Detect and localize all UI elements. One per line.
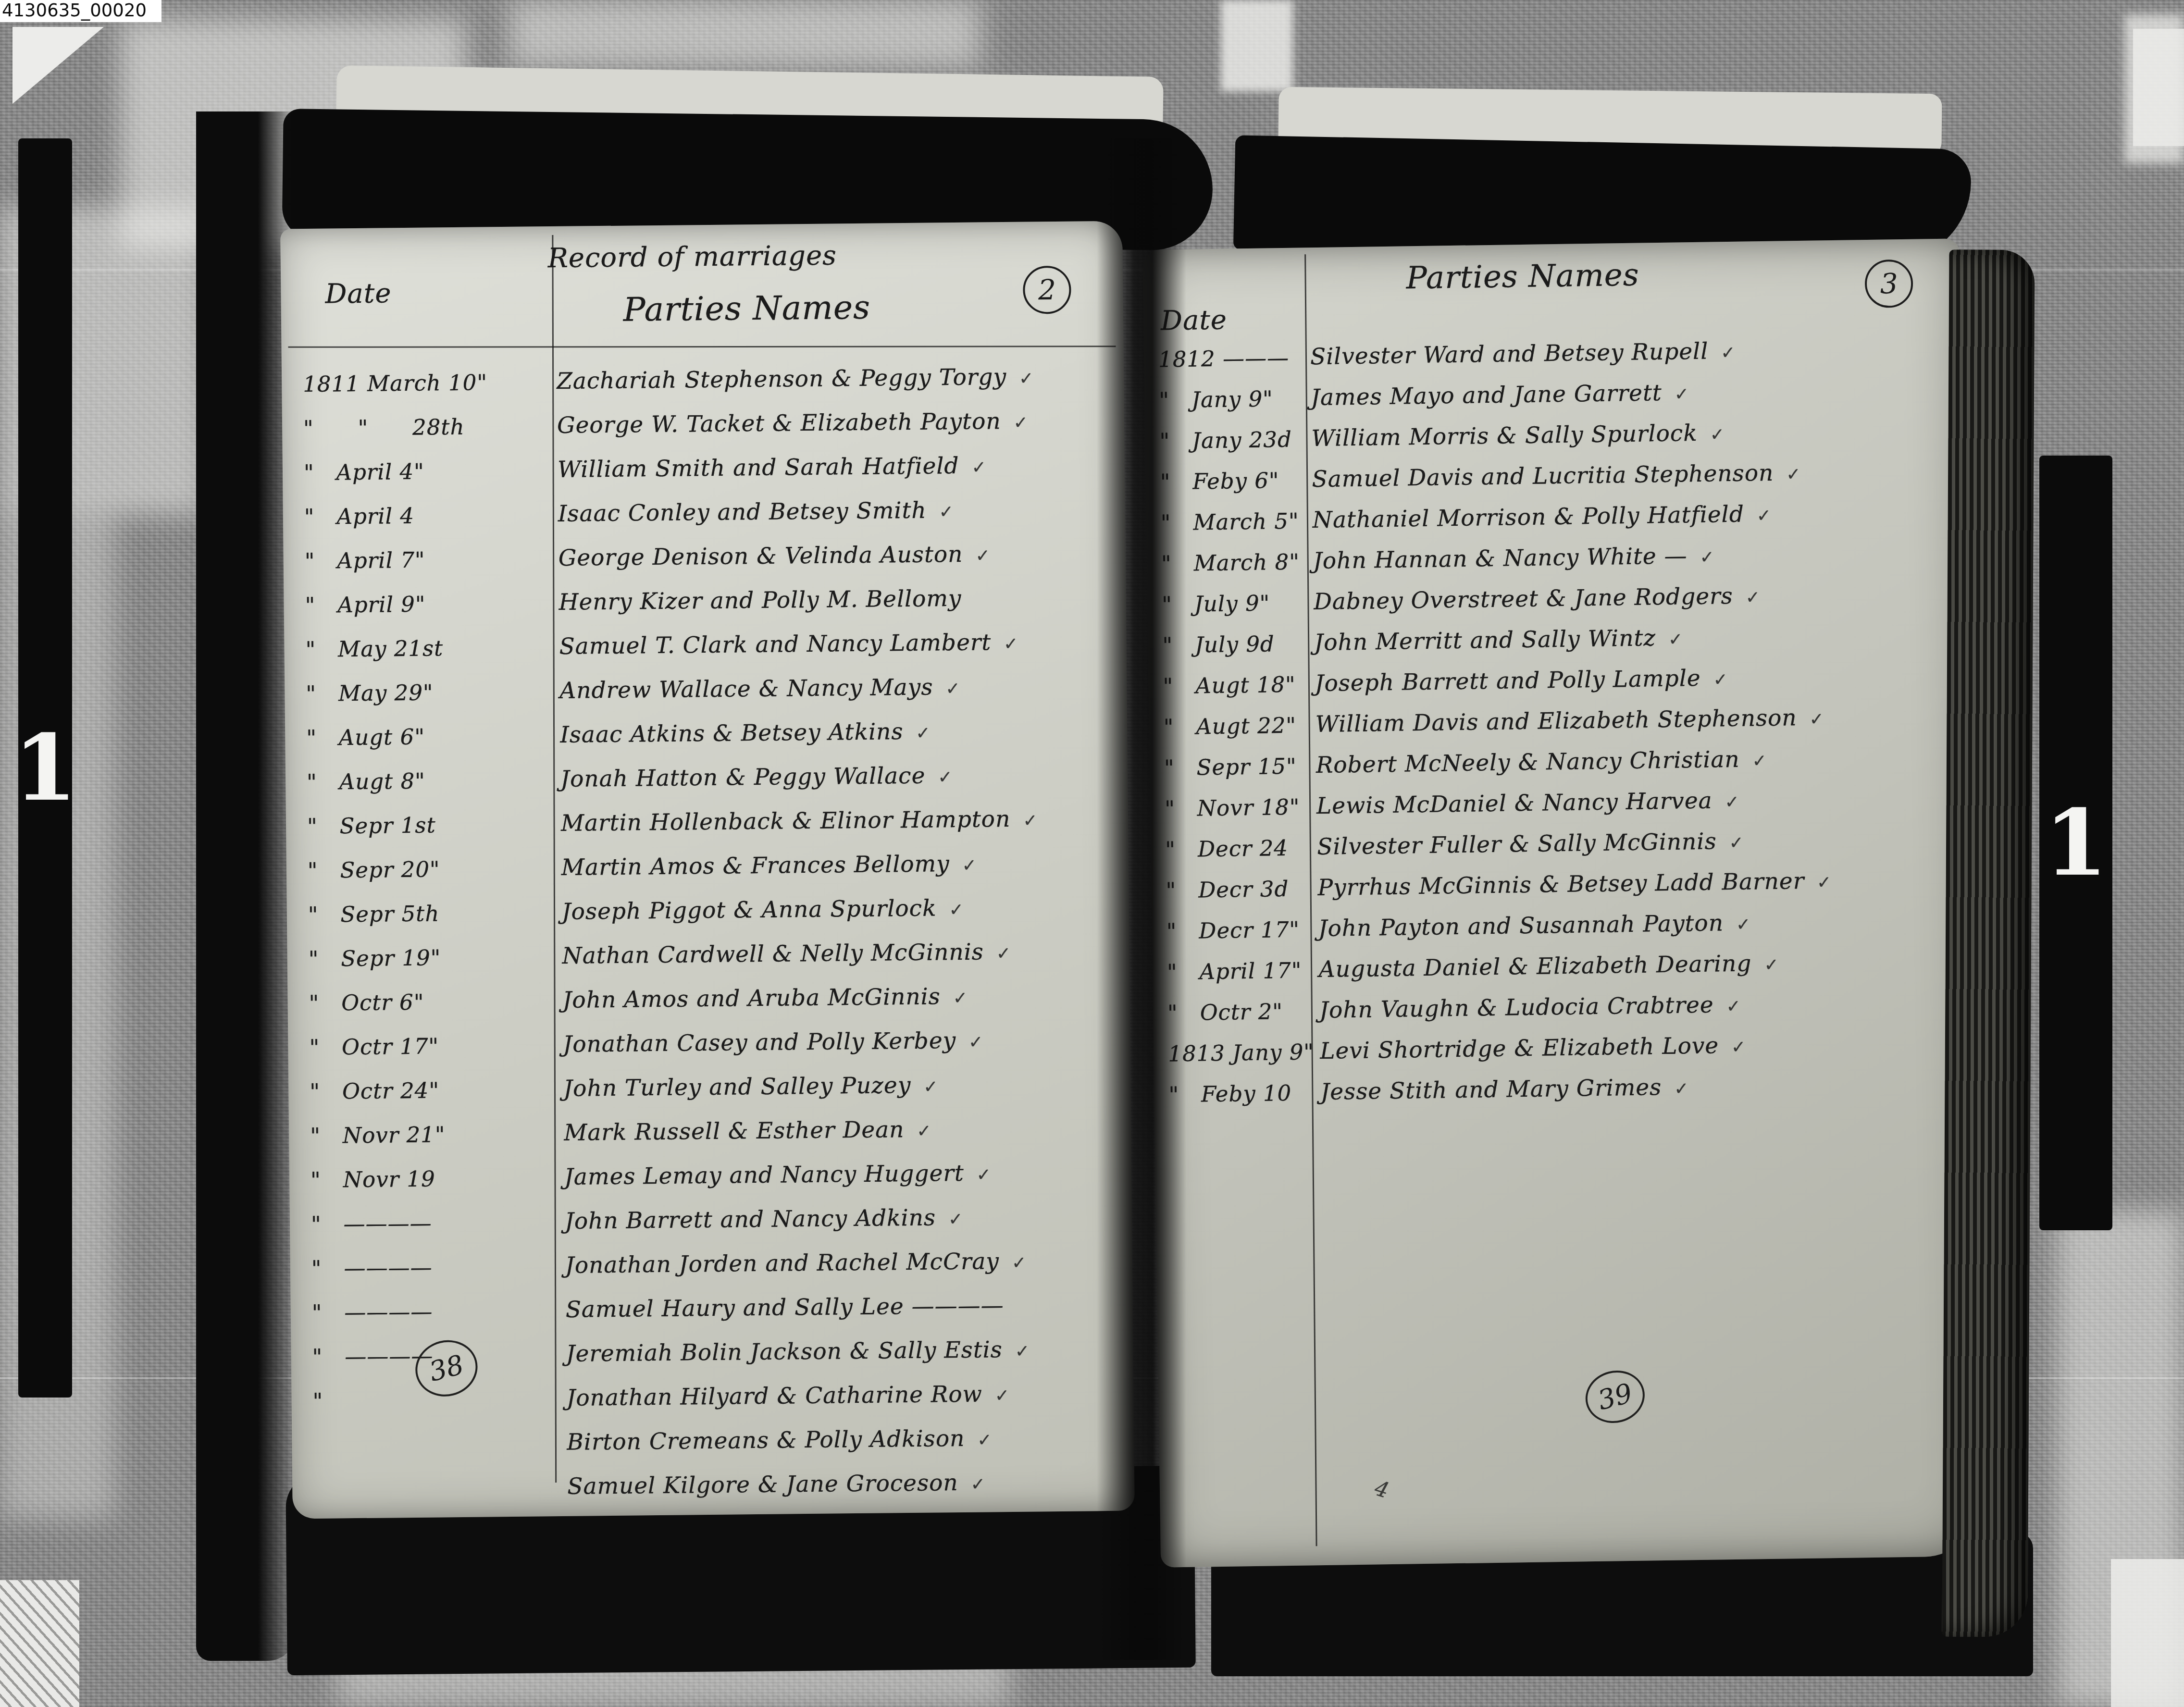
parties-names-header: Parties Names [1406,258,1639,297]
marriage-record-row: 1811 March 10" Zachariah Stephenson & Pe… [282,345,1120,397]
record-date: " Sepr 20" [286,855,554,883]
page-number-badge: 2 [1023,266,1071,314]
names-text: John Amos and Aruba McGinnis [562,983,941,1014]
frame-corner-mark [2133,29,2184,146]
record-parties-names: Jesse Stith and Mary Grimes✓ [1313,1070,1968,1105]
checkmark: ✓ [996,944,1012,964]
names-text: Isaac Conley and Betsey Smith [558,497,927,527]
record-date: " April 7" [284,546,551,574]
record-parties-names: Andrew Wallace & Nancy Mays✓ [552,672,1123,704]
checkmark: ✓ [1809,709,1824,729]
record-date: " Decr 24 [1151,835,1310,863]
record-parties-names: Jonathan Casey and Polly Kerbey✓ [555,1026,1126,1058]
record-parties-names: Mark Russell & Esther Dean✓ [556,1114,1127,1146]
record-parties-names: Isaac Conley and Betsey Smith✓ [550,495,1121,527]
record-date: " May 21st [284,634,551,662]
marriage-record-row: " Sepr 5th Joseph Piggot & Anna Spurlock… [286,876,1125,928]
names-text: Martin Amos & Frances Bellomy [561,851,950,881]
record-date: " " 28th [282,413,549,441]
record-date: " ———— [290,1209,557,1237]
marriage-record-row: " Novr 19 James Lemay and Nancy Huggert✓ [289,1141,1128,1193]
record-date: " Augt 8" [285,767,553,795]
marriage-record-row: " April 4" William Smith and Sarah Hatfi… [282,433,1121,486]
record-parties-names: Martin Hollenback & Elinor Hampton✓ [553,805,1124,837]
record-parties-names: John Turley and Salley Puzey✓ [556,1070,1127,1102]
names-text: Joseph Barrett and Polly Lample [1315,665,1701,697]
record-date: " Octr 17" [288,1032,555,1060]
marriage-record-row: " Octr 17" Jonathan Casey and Polly Kerb… [288,1008,1127,1061]
checkmark: ✓ [971,1475,986,1495]
checkmark: ✓ [923,1077,939,1097]
checkmark: ✓ [976,1165,992,1185]
checkmark: ✓ [938,767,953,787]
record-parties-names: Joseph Piggot & Anna Spurlock✓ [554,893,1125,925]
record-date: " Decr 17" [1152,916,1311,944]
checkmark: ✓ [1729,833,1744,853]
checkmark: ✓ [939,502,954,522]
names-text: George W. Tacket & Elizabeth Payton [557,408,1001,439]
record-parties-names: Jonah Hatton & Peggy Wallace✓ [553,761,1124,792]
record-date: " July 9" [1147,590,1306,618]
checkmark: ✓ [1713,670,1728,690]
checkmark: ✓ [975,546,991,566]
checkmark: ✓ [1721,343,1736,363]
names-text: Samuel Haury and Sally Lee ———— [566,1292,1004,1323]
checkmark: ✓ [1745,588,1761,607]
record-date: " Jany 23d [1145,426,1304,454]
record-date: " July 9d [1148,631,1307,658]
checkmark: ✓ [916,724,931,743]
marriage-records-list: 1811 March 10" Zachariah Stephenson & Pe… [282,345,1131,1503]
checkmark: ✓ [971,458,987,477]
names-text: Isaac Atkins & Betsey Atkins [560,718,904,748]
checkmark: ✓ [948,1210,964,1229]
names-text: William Morris & Sally Spurlock [1311,420,1698,452]
names-text: Samuel Kilgore & Jane Groceson [567,1470,958,1500]
record-date: " April 4 [283,502,550,530]
date-column-header: Date [325,278,392,309]
checkmark: ✓ [1786,465,1801,484]
marriage-record-row: " April 7" George Denison & Velinda Aust… [283,522,1122,574]
record-date: " April 9" [284,590,551,618]
marriage-record-row: " Sepr 1st Martin Hollenback & Elinor Ha… [285,787,1124,840]
record-date: 1812 ——— [1144,345,1303,372]
names-text: John Payton and Susannah Payton [1318,910,1724,942]
checkmark: ✓ [1725,792,1740,812]
checkmark: ✓ [1019,369,1034,388]
film-frame-number: 1 [13,722,77,814]
page-number-badge: 3 [1864,260,1913,308]
record-date: " Octr 2" [1153,998,1312,1026]
checkmark: ✓ [1013,413,1029,433]
checkmark: ✓ [953,989,968,1008]
names-text: James Lemay and Nancy Huggert [564,1160,964,1190]
marriage-record-row: " Sepr 20" Martin Amos & Frances Bellomy… [286,831,1125,884]
record-parties-names: John Barrett and Nancy Adkins✓ [557,1203,1128,1235]
record-date: " Feby 6" [1145,467,1304,495]
marriage-record-row: " Novr 21" Mark Russell & Esther Dean✓ [289,1097,1128,1149]
checkmark: ✓ [917,1122,932,1141]
checkmark: ✓ [945,679,961,699]
record-date: " March 5" [1146,508,1305,536]
names-text: James Mayo and Jane Garrett [1311,380,1662,411]
record-parties-names: James Lemay and Nancy Huggert✓ [557,1159,1128,1190]
checkmark: ✓ [1736,915,1751,934]
names-text: Jonah Hatton & Peggy Wallace [560,763,926,792]
record-parties-names: George W. Tacket & Elizabeth Payton✓ [549,407,1120,439]
film-frame-number: 1 [2044,797,2108,889]
margin-annotation: 39 [1580,1364,1650,1429]
checkmark: ✓ [968,1033,984,1052]
record-date: " Sepr 1st [286,811,553,839]
checkmark: ✓ [1004,634,1019,654]
names-text: Levi Shortridge & Elizabeth Love [1320,1032,1719,1064]
pencil-mark: 4 [1372,1476,1392,1503]
names-text: John Turley and Salley Puzey [563,1072,911,1102]
record-parties-names: Jonathan Jorden and Rachel McCray✓ [558,1247,1129,1279]
marriage-record-row: " " 28th George W. Tacket & Elizabeth Pa… [282,389,1121,442]
record-date: " ———— [290,1253,558,1281]
record-date: 1813 Jany 9" [1154,1039,1313,1067]
checkmark: ✓ [1015,1342,1030,1361]
names-text: John Hannan & Nancy White — [1313,543,1688,574]
marriage-record-row: " ———— Samuel Haury and Sally Lee ———— [290,1274,1129,1326]
record-date: " Augt 18" [1148,671,1307,699]
marriage-record-row: " April 4 Isaac Conley and Betsey Smith✓ [283,478,1121,530]
frame-corner-mark [0,1580,79,1707]
names-text: Andrew Wallace & Nancy Mays [559,674,933,704]
names-text: John Barrett and Nancy Adkins [565,1204,936,1234]
marriage-record-row: Birton Cremeans & Polly Adkison✓ [292,1406,1130,1459]
marriage-record-row: " Sepr 19" Nathan Cardwell & Nelly McGin… [287,920,1126,972]
marriage-record-row: " Octr 6" John Amos and Aruba McGinnis✓ [287,964,1126,1016]
record-date [293,1500,560,1502]
record-date: " Augt 22" [1149,712,1308,740]
checkmark: ✓ [1752,751,1767,771]
names-text: Zachariah Stephenson & Peggy Torgy [557,364,1006,395]
page-edge-stack [1942,250,2035,1637]
record-parties-names: Samuel T. Clark and Nancy Lambert✓ [551,628,1122,660]
record-date: " Jany 9" [1144,385,1303,413]
record-date: 1811 March 10" [282,369,549,397]
names-text: George Denison & Velinda Auston [558,541,963,571]
names-text: Nathan Cardwell & Nelly McGinnis [562,939,984,969]
light-patch [509,0,980,67]
names-text: Mark Russell & Esther Dean [564,1116,905,1146]
film-edge-strip-left: 1 [18,138,72,1398]
names-text: Jesse Stith and Mary Grimes [1320,1074,1662,1105]
checkmark: ✓ [962,856,978,876]
record-date: " Sepr 5th [287,900,554,928]
record-parties-names: Isaac Atkins & Betsey Atkins✓ [552,717,1123,748]
checkmark: ✓ [1710,425,1725,445]
record-parties-names: George Denison & Velinda Auston✓ [550,540,1121,571]
left-page: Date Record of marriages Parties Names 2… [280,221,1135,1519]
record-date: " Sepr 19" [287,944,554,972]
marriage-records-list: 1812 ——— Silvester Ward and Betsey Rupel… [1143,320,1967,1107]
light-patch [1221,0,1293,91]
names-text: John Vaughn & Ludocia Crabtree [1319,992,1714,1024]
checkmark: ✓ [1700,547,1715,567]
checkmark: ✓ [1674,384,1689,404]
names-text: Lewis McDaniel & Nancy Harvea [1316,788,1712,819]
record-parties-names: Henry Kizer and Polly M. Bellomy [551,584,1122,616]
checkmark: ✓ [1674,1079,1689,1099]
marriage-record-row: " ———— John Barrett and Nancy Adkins✓ [289,1185,1128,1237]
checkmark: ✓ [1764,955,1779,975]
record-parties-names: Nathan Cardwell & Nelly McGinnis✓ [554,938,1125,969]
marriage-record-row: " Octr 24" John Turley and Salley Puzey✓ [288,1052,1127,1105]
record-date: " March 8" [1147,549,1306,577]
right-page: Date Parties Names 3 1812 ——— Silvester … [1142,238,1978,1567]
marriage-record-row: " May 21st Samuel T. Clark and Nancy Lam… [284,610,1123,663]
record-date: " Decr 3d [1151,876,1310,903]
marriage-record-row: " April 9" Henry Kizer and Polly M. Bell… [284,566,1122,618]
record-parties-names: Birton Cremeans & Polly Adkison✓ [559,1424,1130,1456]
record-parties-names: Martin Amos & Frances Bellomy✓ [554,849,1125,881]
checkmark: ✓ [1012,1253,1027,1273]
names-text: Birton Cremeans & Polly Adkison [567,1425,965,1456]
checkmark: ✓ [1817,873,1832,892]
record-parties-names: Samuel Kilgore & Jane Groceson✓ [559,1468,1130,1500]
names-text: Jonathan Jorden and Rachel McCray [565,1248,1000,1279]
record-date: " Octr 6" [287,988,555,1016]
record-date: " Augt 6" [285,723,552,751]
marriage-record-row: Samuel Kilgore & Jane Groceson✓ [292,1450,1131,1503]
checkmark: ✓ [1731,1038,1747,1057]
names-text: John Merritt and Sally Wintz [1314,625,1656,656]
record-date: " ———— [291,1298,558,1325]
record-date: " April 17" [1153,957,1312,985]
record-parties-names: William Smith and Sarah Hatfield✓ [550,451,1121,483]
names-text: Jonathan Hilyard & Catharine Row [566,1381,982,1411]
marriage-record-row: " Augt 6" Isaac Atkins & Betsey Atkins✓ [285,699,1124,751]
microfilm-frame: Date Record of marriages Parties Names 2… [0,0,2184,1707]
record-parties-names: John Amos and Aruba McGinnis✓ [555,982,1126,1014]
marriage-record-row: " ———— Jonathan Jorden and Rachel McCray… [290,1229,1129,1282]
names-text: Jeremiah Bolin Jackson & Sally Estis [566,1336,1003,1367]
page-title: Record of marriages [547,240,837,274]
record-date: " Feby 10 [1154,1080,1313,1108]
record-date: " April 4" [283,458,550,485]
record-date: " Octr 24" [288,1076,556,1104]
marriage-record-row: " Augt 8" Jonah Hatton & Peggy Wallace✓ [285,743,1124,795]
names-text: Henry Kizer and Polly M. Bellomy [558,585,961,616]
names-text: Silvester Ward and Betsey Rupell [1310,338,1709,371]
frame-corner-mark [2111,1559,2184,1707]
record-parties-names: Zachariah Stephenson & Peggy Torgy✓ [549,363,1120,395]
parties-names-header: Parties Names [623,289,870,329]
checkmark: ✓ [1668,630,1684,649]
marriage-record-row: " May 29" Andrew Wallace & Nancy Mays✓ [285,655,1123,707]
checkmark: ✓ [949,900,964,920]
record-date: " Novr 19 [289,1165,557,1193]
record-parties-names: Jonathan Hilyard & Catharine Row✓ [558,1380,1129,1411]
checkmark: ✓ [1726,997,1741,1016]
film-edge-strip-right: 1 [2039,456,2112,1230]
names-text: Joseph Piggot & Anna Spurlock [562,895,937,925]
names-text: Samuel T. Clark and Nancy Lambert [559,629,991,660]
names-text: Jonathan Casey and Polly Kerbey [563,1027,956,1058]
checkmark: ✓ [1757,506,1772,526]
names-text: Martin Hollenback & Elinor Hampton [561,806,1011,837]
checkmark: ✓ [1023,811,1038,830]
record-date: " Sepr 15" [1150,753,1309,781]
record-parties-names: Jeremiah Bolin Jackson & Sally Estis✓ [558,1336,1129,1367]
names-text: Silvester Fuller & Sally McGinnis [1317,828,1717,860]
frame-id-label: 4130635_00020 [0,0,161,22]
record-date: " May 29" [285,679,552,706]
checkmark: ✓ [995,1386,1010,1406]
record-date: " Novr 18" [1150,794,1309,822]
names-text: William Smith and Sarah Hatfield [558,453,959,483]
checkmark: ✓ [977,1430,993,1450]
record-date: " Novr 21" [289,1121,556,1149]
record-parties-names: Samuel Haury and Sally Lee ———— [558,1291,1129,1323]
